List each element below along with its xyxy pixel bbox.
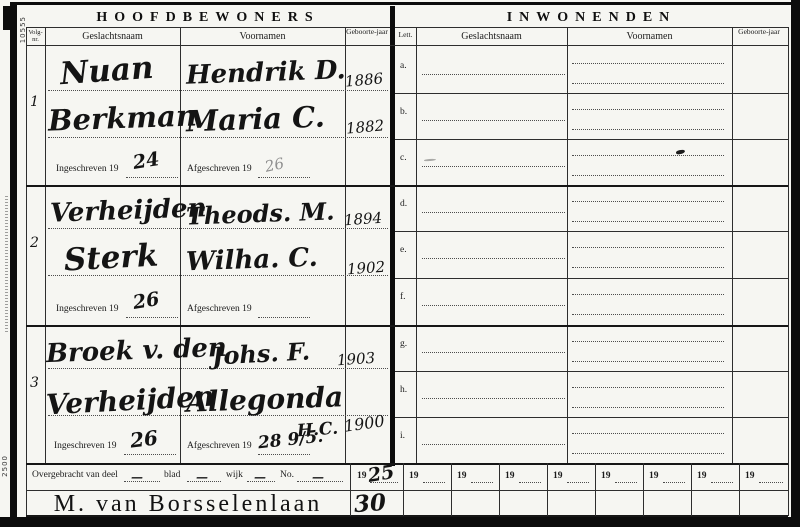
house-number: 30 [353,491,387,516]
writing-line [572,109,724,110]
inw-row-b: b. [395,93,788,139]
year-cell-label: 19 [601,471,611,481]
col-header-geslachtsnaam-right: Geslachtsnaam [416,31,567,43]
blad-label: blad [164,470,180,480]
col-header-voornamen-right: Voornamen [567,31,732,43]
hb-g2-row2-surname: Sterk [63,241,159,277]
section-title-inwonenden: INWONENDEN [395,10,788,26]
inw-letter: b. [400,107,407,117]
grid-line [451,463,452,516]
year-cell-label: 19 [697,471,707,481]
hb-g1-ingeschreven-label: Ingeschreven 19 [56,164,119,174]
inw-letter: f. [400,292,406,302]
inw-row-c: c. [395,139,788,185]
hb-g2-row2-birthyear: 1902 [347,260,386,278]
group-separator [26,463,788,465]
inw-row-e: e. [395,231,788,277]
writing-line [422,305,565,306]
writing-line [422,74,565,75]
col-header-geboortejaar-left: Geboorte-jaar [345,28,389,37]
blad-dash: — [196,471,208,483]
writing-line [422,166,565,167]
leader [126,317,178,318]
writing-line [572,341,724,342]
leader [258,177,310,178]
frame-bottom-bar [0,517,800,527]
hb-g3-row1-birthyear: 1903 [337,351,376,369]
grid-line [595,463,596,516]
grid-line [643,463,644,516]
overgebracht-deel-dash: — [131,471,143,483]
writing-line [422,444,565,445]
year-cell-label: 19 [357,471,367,481]
grid-line [26,27,390,28]
inw-row-g: g. [395,325,788,371]
writing-line [572,314,724,315]
grid-line [499,463,500,516]
year-cell-label: 19 [505,471,515,481]
leader [126,177,178,178]
year-cell-label: 19 [409,471,419,481]
grid-line [395,27,788,28]
hb-g2-volgnr: 2 [30,236,39,250]
hb-g2-row1-surname: Verheijden [50,195,207,226]
hb-g2-ingeschreven-value: 26 [132,290,161,313]
leader [258,454,310,455]
writing-line [48,90,388,91]
writing-line [572,387,724,388]
wijk-dash: — [254,471,266,483]
leader [759,482,783,483]
writing-line [572,433,724,434]
leader [615,482,637,483]
writing-line [572,407,724,408]
leader [567,482,589,483]
no-dash: — [312,471,324,483]
leader [519,482,541,483]
leader [124,454,176,455]
writing-line [572,294,724,295]
grid-line [26,45,788,46]
hb-g3-row2-birthyear: 1900 [343,413,386,435]
writing-line [422,352,565,353]
hb-g3-ingeschreven-label: Ingeschreven 19 [54,441,117,451]
grid-line [739,463,740,516]
year-cell-value: 25 [367,463,396,486]
inw-letter: h. [400,385,407,395]
inw-letter: a. [400,61,407,71]
hb-g3-volgnr: 3 [30,376,39,390]
col-header-geboortejaar-right: Geboorte-jaar [732,28,786,37]
frame-top [10,2,798,5]
grid-line [691,463,692,516]
section-title-hoofdbewoners: HOOFDBEWONERS [26,10,390,26]
corner-mark [3,6,12,30]
inw-row-d: d. [395,185,788,231]
col-header-lett: Lett. [395,31,416,40]
hb-g3-row1-firstnames: Johs. F. [211,339,310,368]
grid-line [788,27,789,516]
hb-g3-afgeschreven-value: 28 9/5. [257,429,324,453]
hb-g1-row2-birthyear: 1882 [345,118,384,136]
street-address: M. van Borsselenlaan [26,491,350,518]
writing-line [422,212,565,213]
writing-line [572,201,724,202]
writing-line [422,120,565,121]
hb-g1-afgeschreven-label: Afgeschreven 19 [187,164,252,174]
hb-g3-row1-surname: Broek v. den [46,335,228,367]
hb-g1-row1-surname: Nuan [59,53,154,90]
inw-letter: g. [400,339,407,349]
writing-line [572,63,724,64]
writing-line [572,129,724,130]
hb-g1-row2-firstnames: Maria C. [186,103,326,137]
margin-fine-print [5,196,8,334]
hb-g1-row2-surname: Berkman [48,101,198,135]
population-register-card: 10555 2500 HOOFDBEWONERS INWONENDEN Volg… [0,0,800,527]
grid-line [345,27,346,463]
margin-code-bottom: 2500 [1,455,9,477]
hb-g2-row2-firstnames: Wilha. C. [186,245,318,276]
col-header-geslachtsnaam-left: Geslachtsnaam [45,31,180,43]
inw-row-i: i. [395,417,788,463]
hb-g1-volgnr: 1 [30,95,39,109]
hb-g1-ingeschreven-value: 24 [132,150,161,173]
leader [711,482,733,483]
inw-letter: d. [400,199,407,209]
grid-line [547,463,548,516]
col-header-volgnr: Volg-nr. [26,29,45,44]
inw-row-a: a. [395,47,788,93]
hb-g3-afgeschreven-label: Afgeschreven 19 [187,441,252,451]
year-cell-label: 19 [649,471,659,481]
hb-g2-ingeschreven-label: Ingeschreven 19 [56,304,119,314]
frame-left-bar [10,2,17,517]
grid-line [26,27,27,516]
overgebracht-label: Overgebracht van deel [32,470,118,480]
year-cell-label: 19 [457,471,467,481]
inw-letter: i. [400,431,405,441]
inw-letter: e. [400,245,407,255]
inw-row-h: h. [395,371,788,417]
no-label: No. [280,470,294,480]
inw-letter: c. [400,153,407,163]
leader [663,482,685,483]
hb-g1-row1-firstnames: Hendrik D. [186,57,346,89]
writing-line [572,267,724,268]
leader [423,482,445,483]
leader [258,317,310,318]
grid-line [403,463,404,516]
hb-g3-ingeschreven-value: 26 [129,427,159,450]
hb-g1-afgeschreven-value: 26 [264,156,286,175]
hb-g2-row1-birthyear: 1894 [344,211,383,229]
writing-line [572,453,724,454]
leader [471,482,493,483]
writing-line [422,398,565,399]
writing-line [572,221,724,222]
inw-row-f: f. [395,278,788,324]
year-cell-label: 19 [553,471,563,481]
writing-line [572,83,724,84]
hb-g2-afgeschreven-label: Afgeschreven 19 [187,304,252,314]
writing-line [572,175,724,176]
writing-line [572,155,724,156]
grid-line [350,463,351,516]
wijk-label: wijk [226,470,243,480]
hb-g3-row2-firstnames: Allegonda [186,383,344,416]
hb-g1-row1-birthyear: 1886 [344,71,383,89]
col-header-voornamen-left: Voornamen [180,31,345,43]
frame-right-bar [791,0,800,527]
hb-g2-row1-firstnames: Theods. M. [186,199,335,228]
year-cell-label: 19 [745,471,755,481]
writing-line [572,361,724,362]
writing-line [422,258,565,259]
writing-line [572,247,724,248]
